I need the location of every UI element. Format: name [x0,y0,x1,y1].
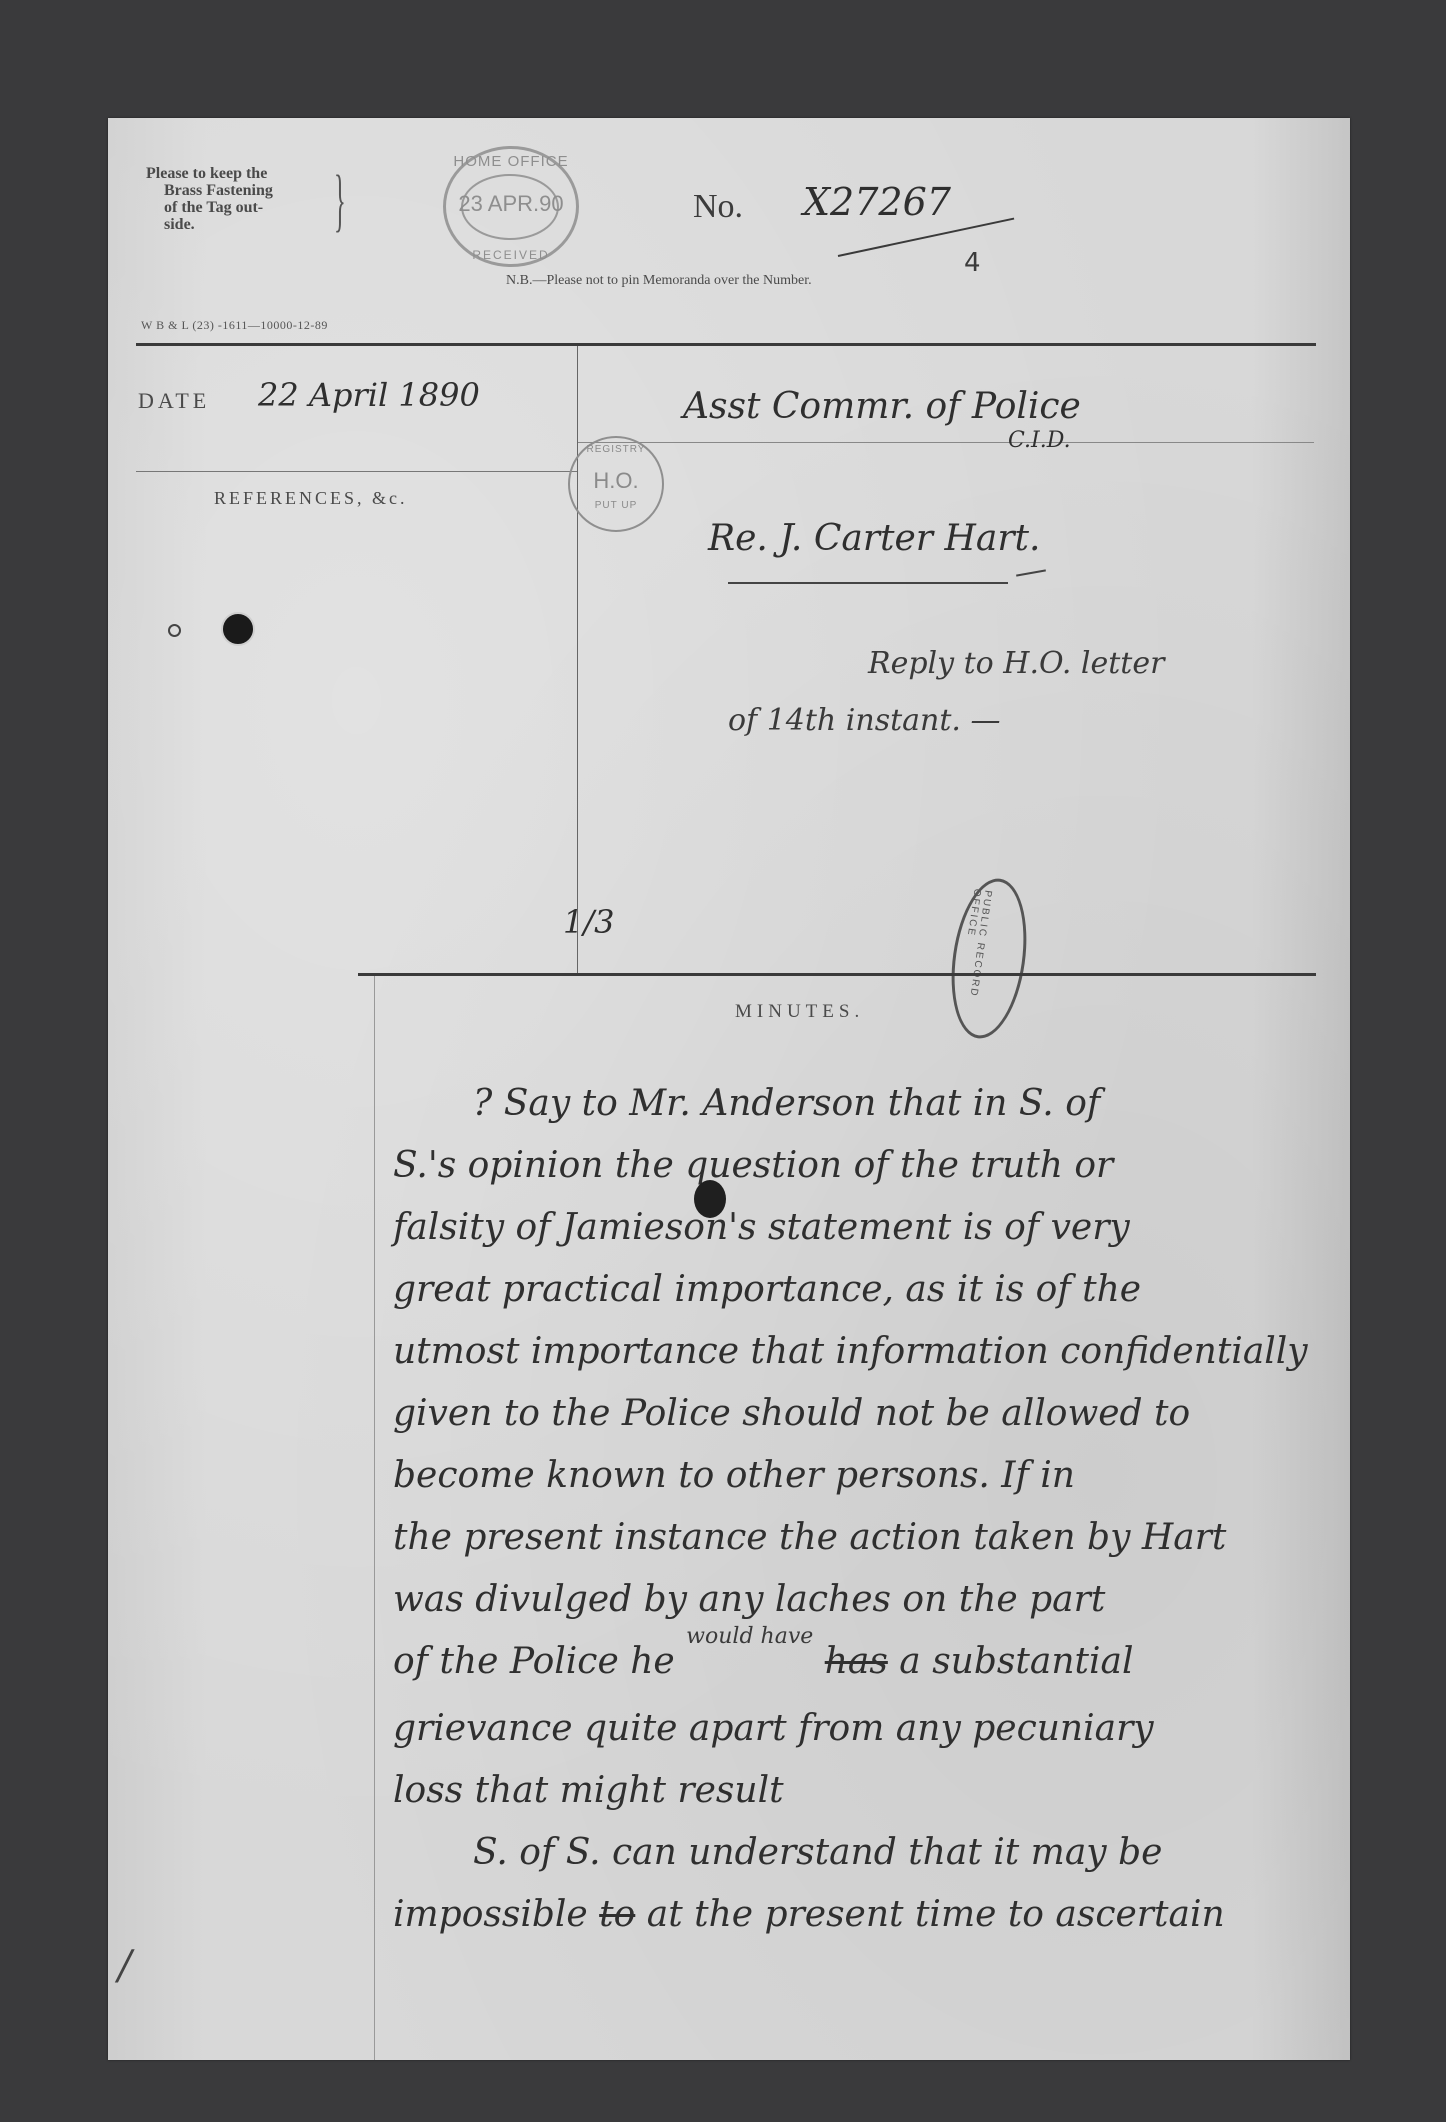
reference-number: X27267 [803,180,951,224]
inserted-text: would have [686,1624,813,1649]
ink-blot-icon [694,1180,726,1218]
folio-fraction: 1/3 [563,903,615,941]
struck-text: to [599,1894,635,1935]
brass-fastening-note: Please to keep the Brass Fastening of th… [146,165,273,233]
date-value: 22 April 1890 [258,376,480,414]
date-label: DATE [138,388,210,414]
punch-hole-icon [221,612,255,646]
struck-text: has [825,1641,888,1682]
minute-line: loss that might result [393,1760,1323,1822]
minute-line: grievance quite apart from any pecuniary [393,1698,1323,1760]
minute-line: utmost importance that information confi… [393,1321,1323,1383]
stamp-date: 23 APR.90 [446,191,576,217]
keep-note-line: Brass Fastening [146,182,273,199]
public-record-office-stamp: PUBLIC RECORD OFFICE [942,874,1036,1043]
minute-line: S. of S. can understand that it may be [393,1822,1323,1884]
subject: Re. J. Carter Hart. [708,518,1040,559]
reply-note-line1: Reply to H.O. letter [868,646,1164,681]
minute-line: become known to other persons. If in [393,1445,1323,1507]
margin-mark: / [118,1943,131,1989]
keep-note-line: side. [146,216,273,233]
stamp-bottom-text: RECEIVED [446,248,576,262]
form-code: W B & L (23) -1611—10000-12-89 [141,318,328,333]
number-label: No. [693,188,743,226]
line-prefix: of the Police he [393,1641,675,1682]
home-office-received-stamp: HOME OFFICE 23 APR.90 RECEIVED [443,146,579,267]
subject-underline [728,582,1008,584]
subject-underline-flourish [1016,569,1046,576]
minute-line: S.'s opinion the question of the truth o… [393,1135,1323,1197]
minute-line: impossible to at the present time to asc… [393,1884,1323,1946]
line-prefix: impossible [393,1894,588,1935]
reference-sub-number: 4 [964,248,981,278]
minute-line: of the Police he would have has a substa… [393,1631,1323,1698]
reply-note-line2: of 14th instant. — [728,703,1001,738]
keep-note-line: of the Tag out- [146,199,273,216]
minute-line: was divulged by any laches on the part [393,1569,1323,1631]
addressee: Asst Commr. of Police [683,386,1081,427]
line-suffix: at the present time to ascertain [647,1894,1225,1935]
minute-line: falsity of Jamieson's statement is of ve… [393,1197,1323,1259]
minutes-text: ? Say to Mr. Anderson that in S. of S.'s… [393,1073,1323,1946]
minute-line: the present instance the action taken by… [393,1507,1323,1569]
small-hole-icon [168,624,181,637]
addressee-department: C.I.D. [1008,428,1071,453]
stamp-bottom-text: PUT UP [570,500,662,511]
brace-icon: } [334,166,346,236]
registry-put-up-stamp: REGISTRY H.O. PUT UP [568,436,664,532]
minute-line: ? Say to Mr. Anderson that in S. of [393,1073,1323,1135]
addressee-rule [578,442,1314,443]
date-rule [136,471,577,472]
minutes-rule [358,973,1316,976]
header-rule [136,343,1316,346]
stamp-top-text: REGISTRY [570,444,662,455]
column-divider [577,346,578,973]
minute-line: great practical importance, as it is of … [393,1259,1323,1321]
references-label: REFERENCES, &c. [214,488,408,509]
document-page: Please to keep the Brass Fastening of th… [108,118,1350,2060]
minutes-title: MINUTES. [735,1001,864,1023]
line-suffix: a substantial [899,1641,1133,1682]
stamp-top-text: HOME OFFICE [446,153,576,170]
nb-note: N.B.—Please not to pin Memoranda over th… [506,273,812,289]
stamp-text: PUBLIC RECORD OFFICE [951,888,993,1035]
minute-line: given to the Police should not be allowe… [393,1383,1323,1445]
stamp-middle-text: H.O. [570,468,662,494]
minutes-margin-line [374,976,375,2060]
keep-note-line: Please to keep the [146,165,273,182]
